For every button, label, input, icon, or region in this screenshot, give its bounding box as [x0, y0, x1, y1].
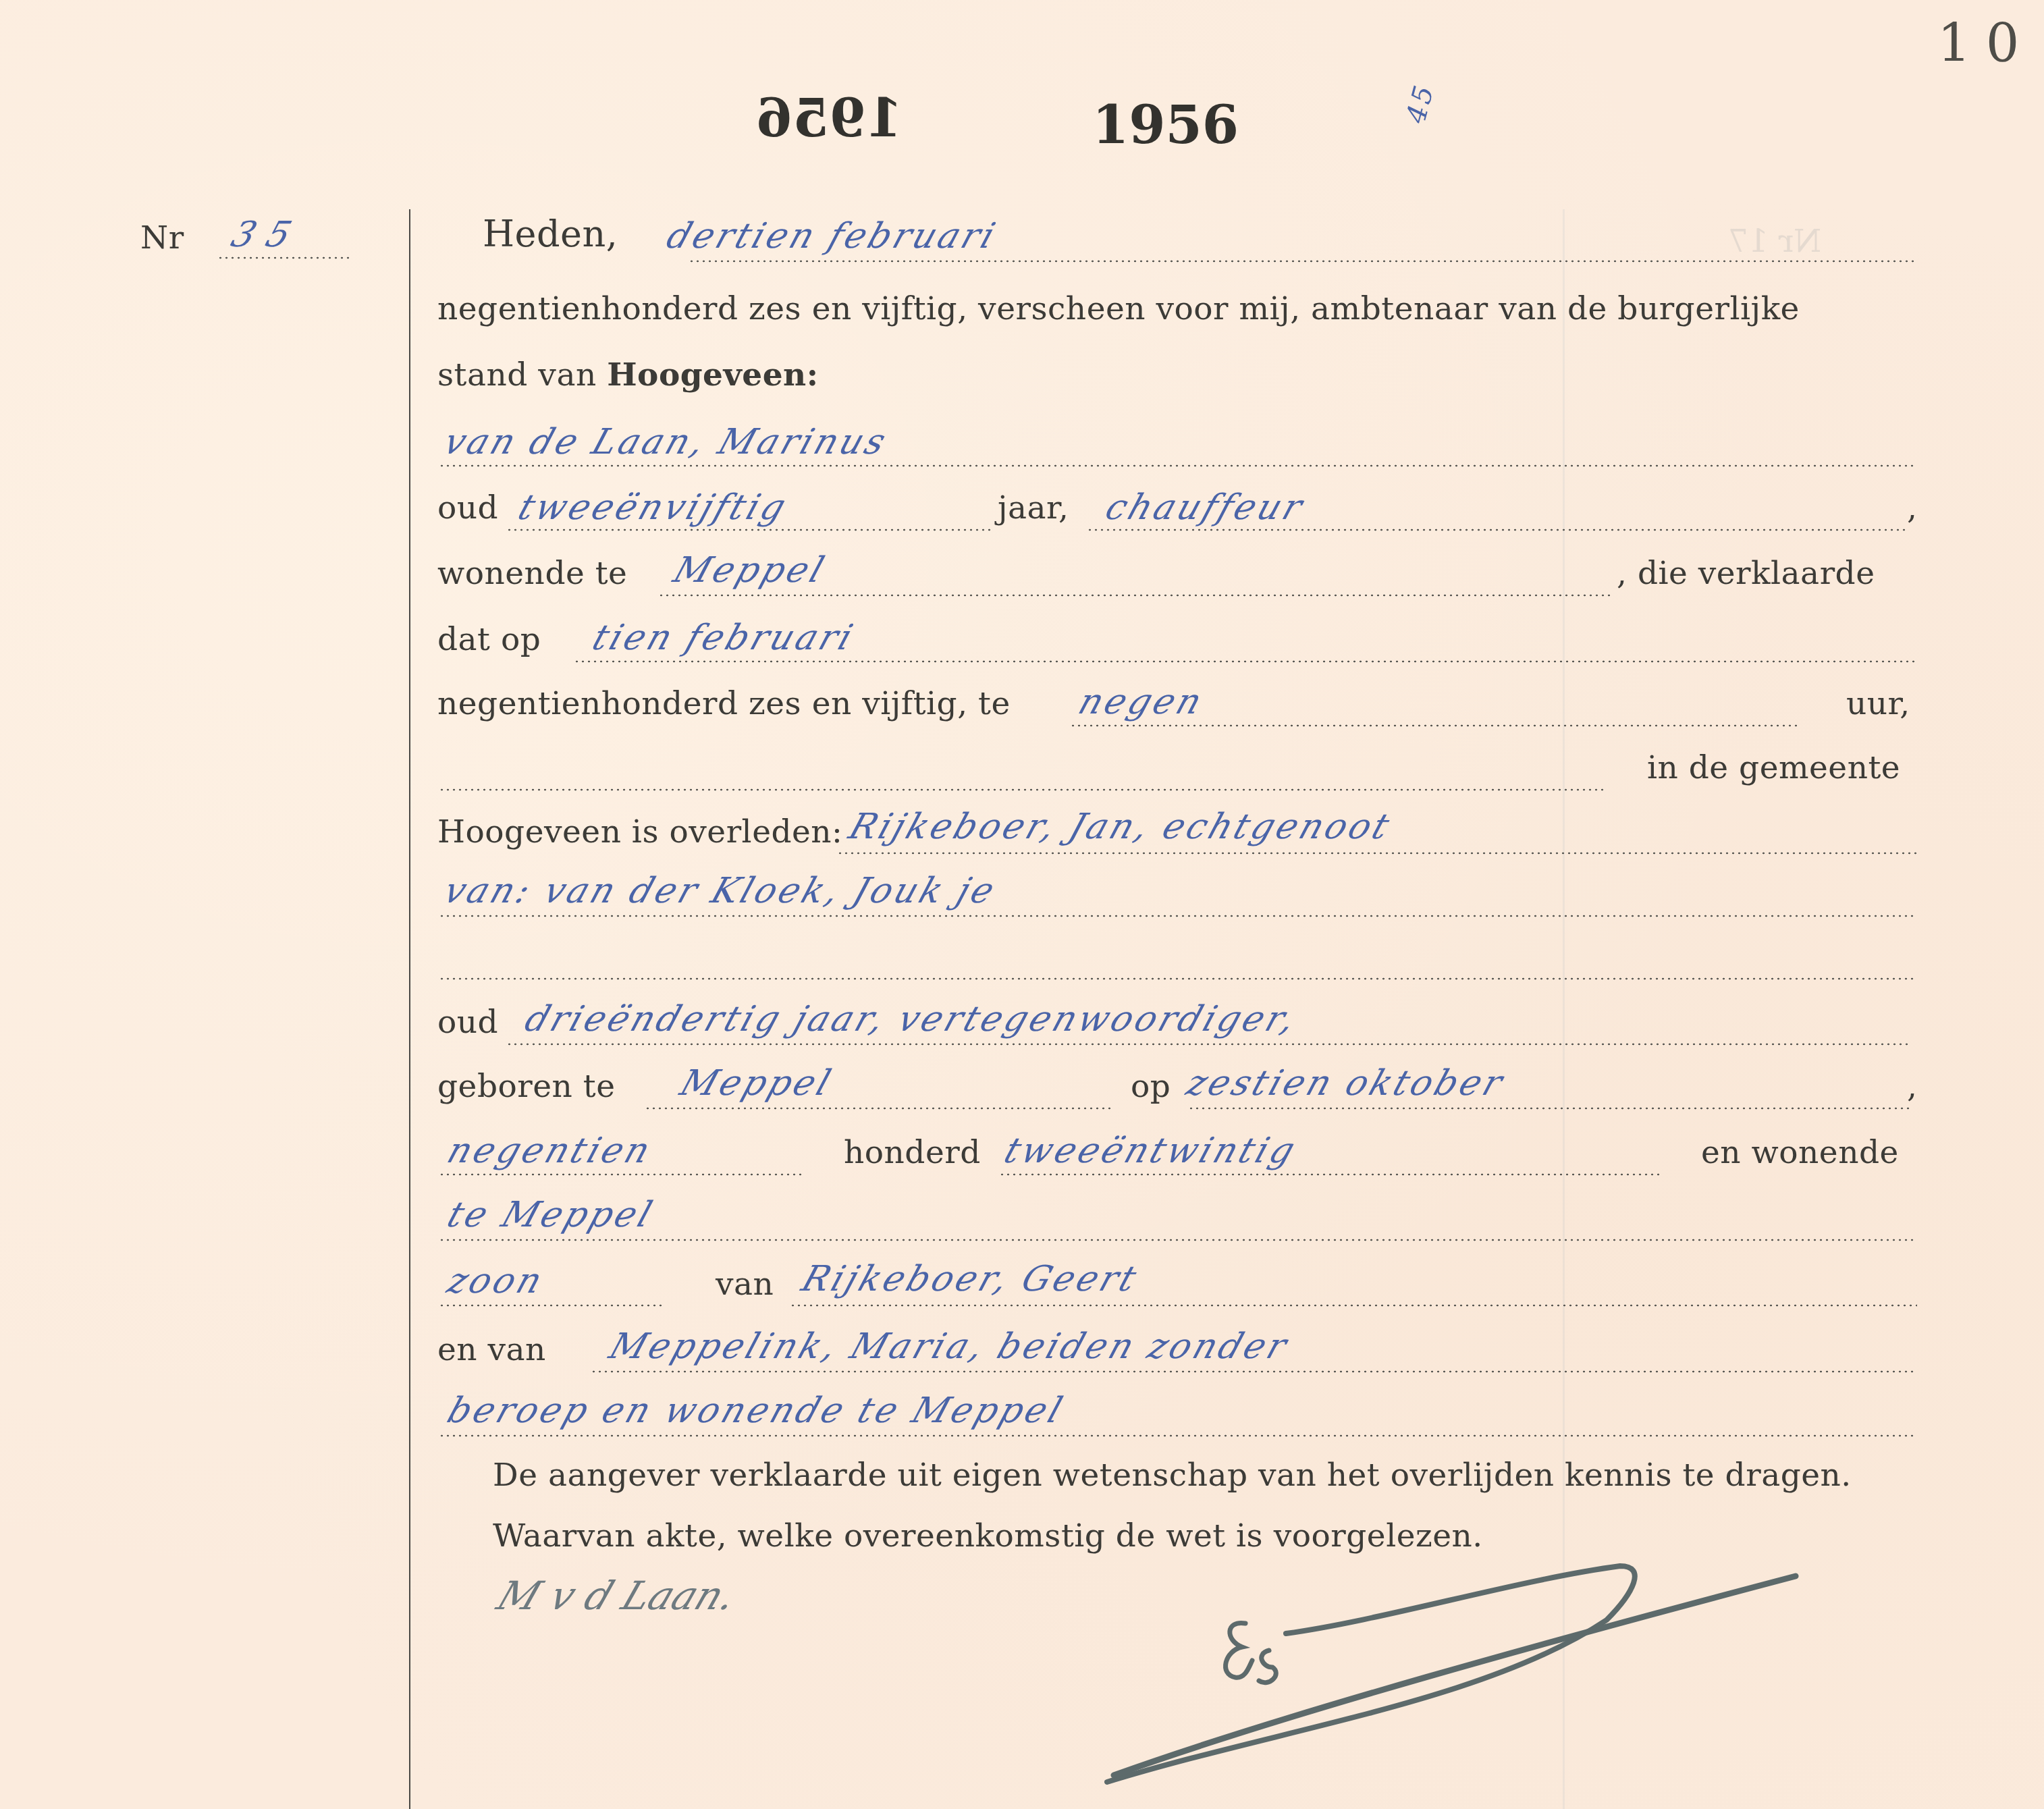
official-signature — [0, 0, 2044, 1809]
official-signature-initials: Es — [1215, 1606, 1216, 1607]
